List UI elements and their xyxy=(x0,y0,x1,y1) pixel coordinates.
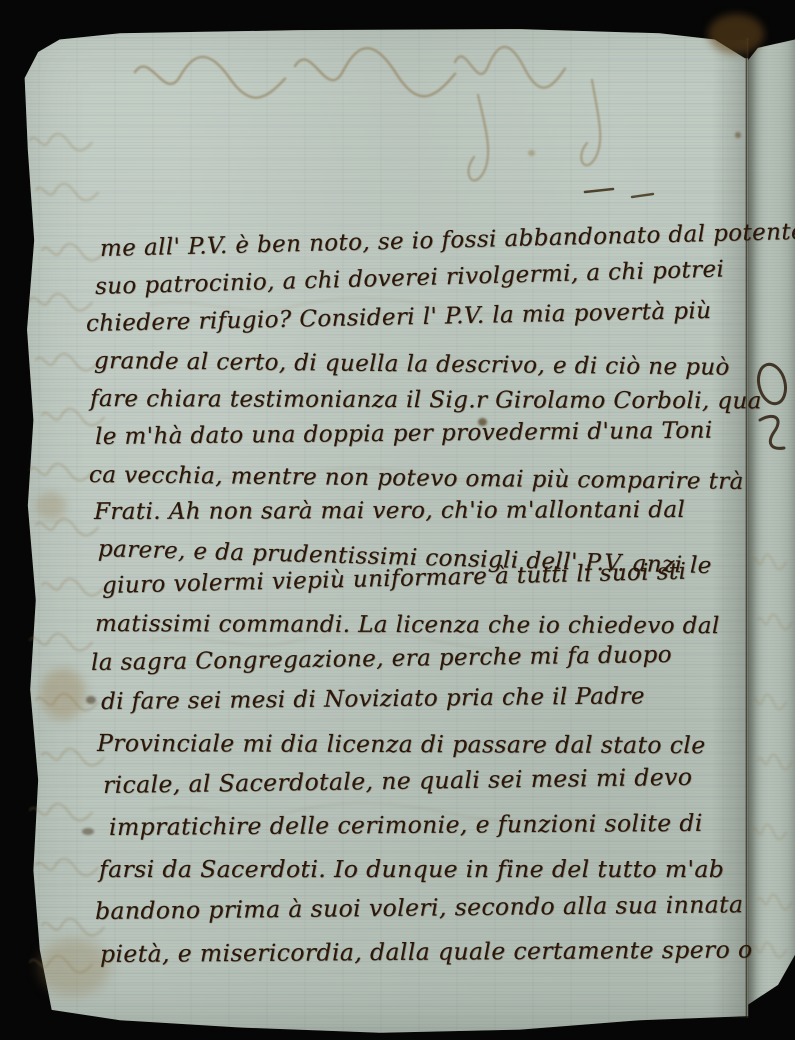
manuscript-line: di fare sei mesi di Noviziato pria che i… xyxy=(101,683,645,715)
manuscript-line: matissimi commandi. La licenza che io ch… xyxy=(95,611,720,639)
manuscript-line: ca vecchia, mentre non potevo omai più c… xyxy=(89,462,744,495)
manuscript-line: chiedere rifugio? Consideri l' P.V. la m… xyxy=(86,298,712,337)
manuscript-line: ricale, al Sacerdotale, ne quali sei mes… xyxy=(103,763,693,799)
manuscript-line: le m'hà dato una doppia per provedermi d… xyxy=(95,418,713,450)
manuscript-line: suo patrocinio, a chi doverei rivolgermi… xyxy=(95,256,725,300)
manuscript-line: me all' P.V. è ben noto, se io fossi abb… xyxy=(100,219,795,262)
manuscript-line: Frati. Ah non sarà mai vero, ch'io m'all… xyxy=(94,497,685,525)
manuscript-line: bandono prima à suoi voleri, secondo all… xyxy=(95,890,744,925)
manuscript-line: la sagra Congregazione, era perche mi fa… xyxy=(91,642,672,676)
manuscript-line: Provinciale mi dia licenza di passare da… xyxy=(97,729,706,759)
manuscript-line: fare chiara testimonianza il Sig.r Girol… xyxy=(90,386,762,414)
manuscript-scan: me all' P.V. è ben noto, se io fossi abb… xyxy=(0,0,795,1040)
manuscript-line: impratichire delle cerimonie, e funzioni… xyxy=(109,809,703,841)
manuscript-line: grande al certo, di quella la descrivo, … xyxy=(94,348,730,381)
manuscript-line: pietà, e misericordia, dalla quale certa… xyxy=(100,935,753,968)
manuscript-line: farsi da Sacerdoti. Io dunque in fine de… xyxy=(99,855,724,883)
letter-text: me all' P.V. è ben noto, se io fossi abb… xyxy=(0,0,795,1040)
